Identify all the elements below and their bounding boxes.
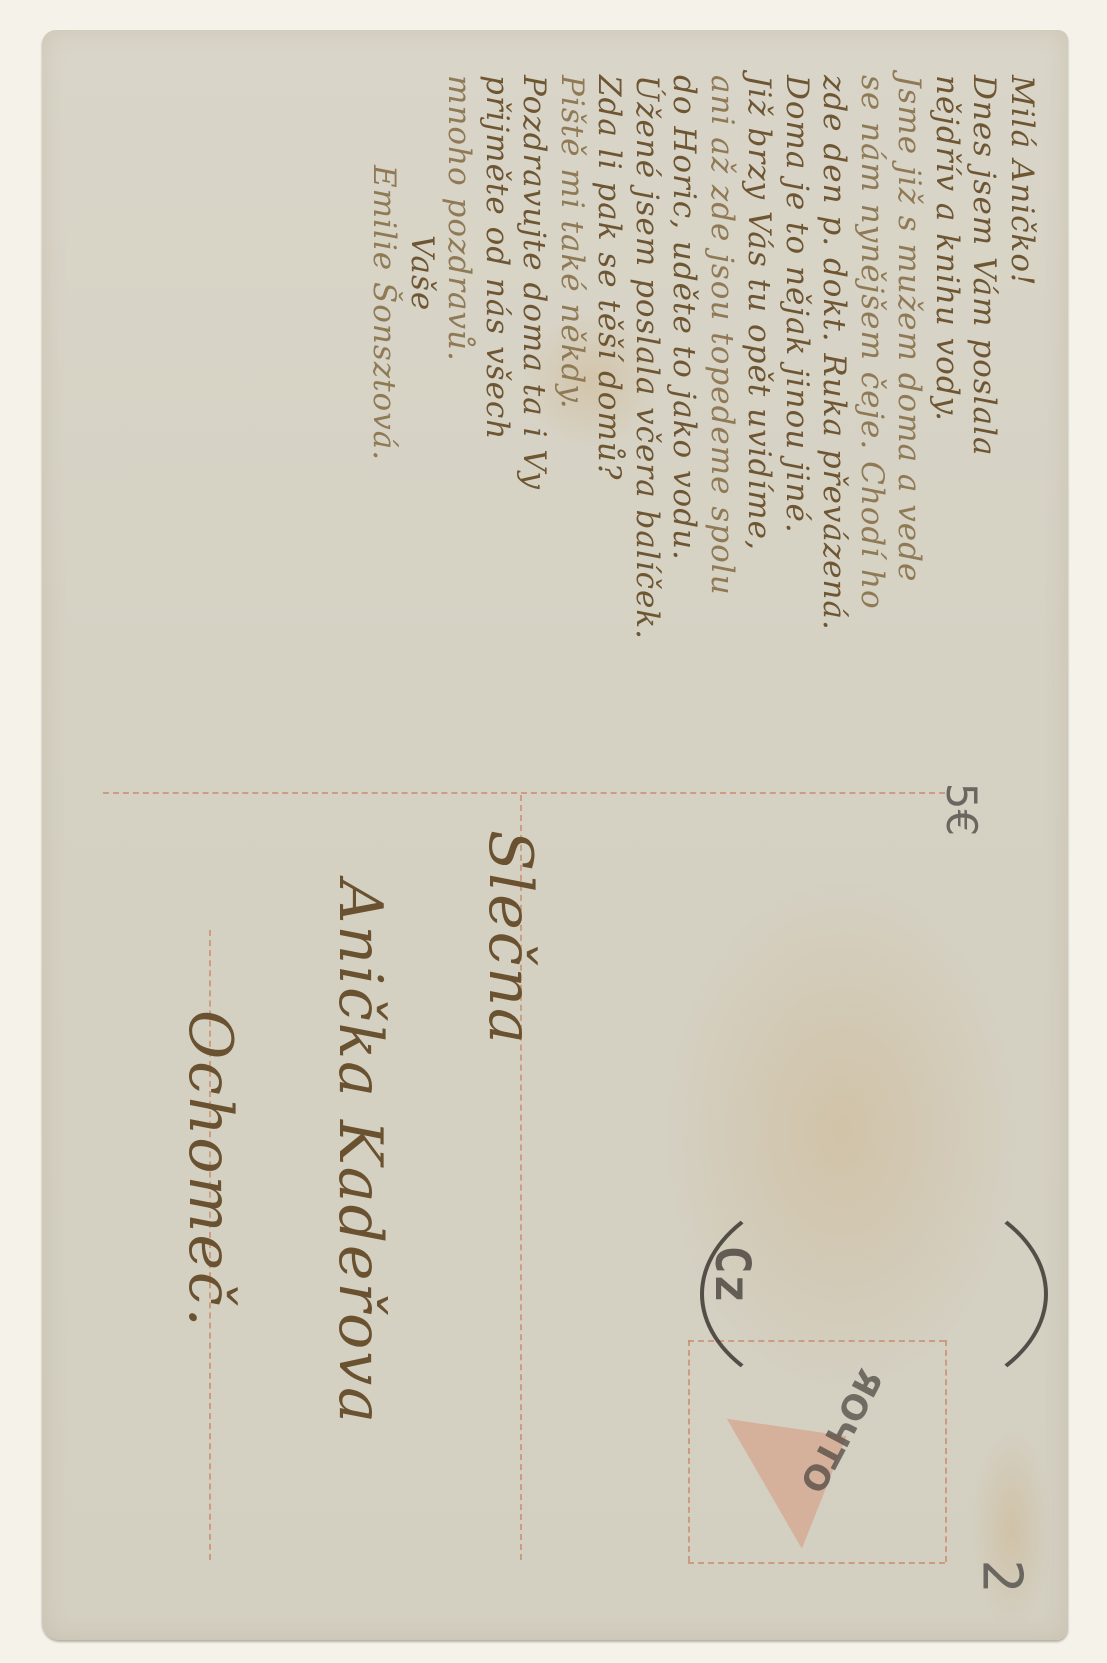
pencil-number: 5€: [937, 783, 986, 836]
message-line: Piště mi také někdy.: [553, 75, 591, 640]
message-line: Již brzy Vás tu opět uvidíme,: [740, 75, 778, 640]
handwritten-message: Milá Aničko! Dnes jsem Vám poslala nějdř…: [365, 75, 1040, 640]
signature: Emilie Šonsztová.: [365, 75, 403, 640]
message-line: zde den p. dokt. Ruka převázená.: [815, 75, 853, 640]
message-line: do Horic, uděte to jako vodu.: [665, 75, 703, 640]
pencil-number: 2: [971, 1559, 1034, 1593]
message-line: nějdřív a knihu vody.: [928, 75, 966, 640]
message-line: Dnes jsem Vám poslala: [965, 75, 1003, 640]
message-line: Vaše: [403, 75, 441, 640]
address-recipient: Anička Kadeřova: [285, 830, 435, 1425]
message-line: Pozdravujte doma ta i Vy: [515, 75, 553, 640]
message-line: Zda li pak se těší domů?: [590, 75, 628, 640]
divider-horizontal: [103, 792, 945, 794]
stamp-box-bottom: [688, 1562, 945, 1564]
stamp-box-left: [688, 1340, 690, 1562]
address-salutation: Slečna: [435, 830, 585, 1425]
message-line: Úžené jsem poslala včera balíček.: [628, 75, 666, 640]
message-line: se nám nynějšem čeje. Chodí ho: [853, 75, 891, 640]
postmark-text: Cz: [704, 1245, 760, 1303]
message-line: ani až zde jsou topedeme spolu: [703, 75, 741, 640]
address-town: Ochomeč.: [135, 830, 285, 1425]
message-line: mnoho pozdravů.: [440, 75, 478, 640]
stain: [972, 1430, 1052, 1630]
message-line: Jsme již s mužem doma a vede: [890, 75, 928, 640]
address-block: Slečna Anička Kadeřova Ochomeč.: [135, 830, 585, 1425]
message-line: Doma je to nějak jinou jiné.: [778, 75, 816, 640]
message-line: Milá Aničko!: [1003, 75, 1041, 640]
message-line: přijměte od nás všech: [478, 75, 516, 640]
